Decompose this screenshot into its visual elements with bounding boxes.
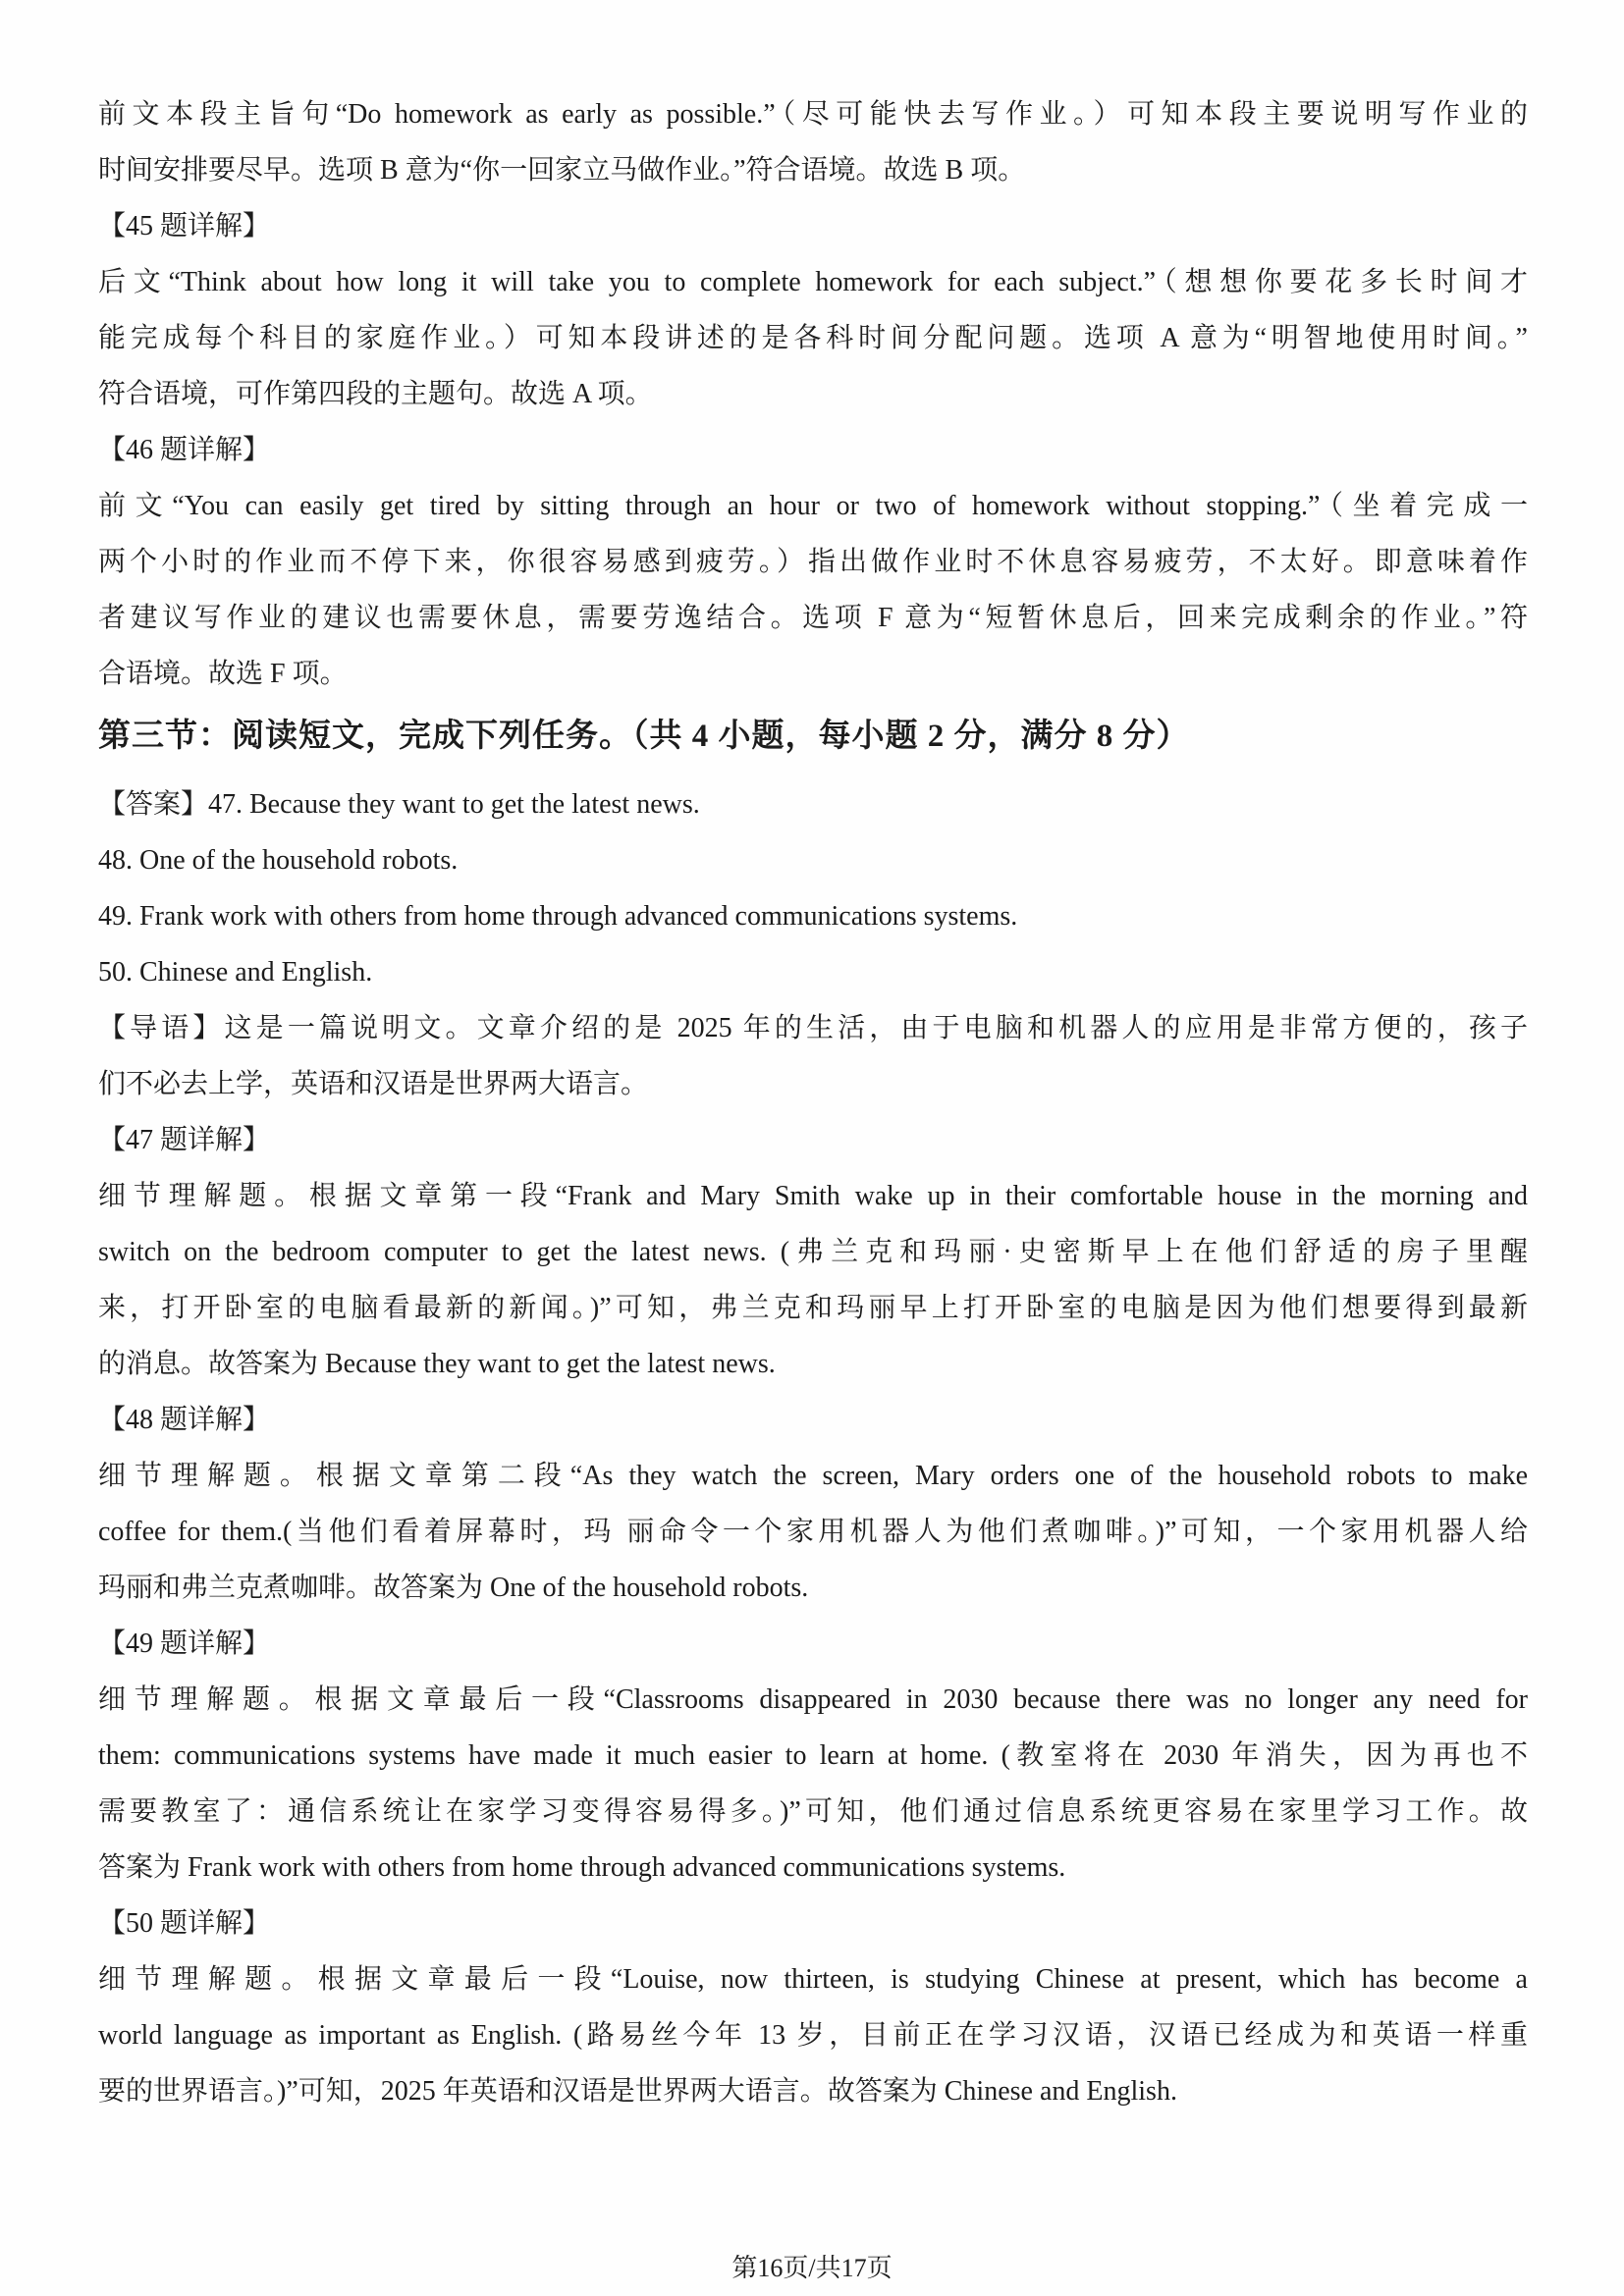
section-heading: 第三节：阅读短文，完成下列任务。（共 4 小题，每小题 2 分，满分 8 分） <box>98 706 1528 767</box>
text-line: coffee for them.(当他们看着屏幕时，玛 丽命令一个家用机器人为他… <box>98 1504 1528 1560</box>
text-line: 者建议写作业的建议也需要休息，需要劳逸结合。选项 F 意为“短暂休息后，回来完成… <box>98 590 1528 646</box>
text-line: 两个小时的作业而不停下来，你很容易感到疲劳。）指出做作业时不休息容易疲劳，不太好… <box>98 534 1528 590</box>
text-line: 需要教室了：通信系统让在家学习变得容易得多。)”可知，他们通过信息系统更容易在家… <box>98 1784 1528 1840</box>
text-line: them: communications systems have made i… <box>98 1728 1528 1784</box>
text-line: 49. Frank work with others from home thr… <box>98 888 1528 944</box>
text-line: 【47 题详解】 <box>98 1112 1528 1168</box>
text-line: 细节理解题。根据文章第一段“Frank and Mary Smith wake … <box>98 1168 1528 1224</box>
text-line: 【导语】这是一篇说明文。文章介绍的是 2025 年的生活，由于电脑和机器人的应用… <box>98 1000 1528 1056</box>
text-line: 们不必去上学，英语和汉语是世界两大语言。 <box>98 1056 1528 1112</box>
text-line: 【48 题详解】 <box>98 1392 1528 1448</box>
text-line: 的消息。故答案为 Because they want to get the la… <box>98 1336 1528 1392</box>
text-line: 前文“You can easily get tired by sitting t… <box>98 478 1528 534</box>
text-line: 时间安排要尽早。选项 B 意为“你一回家立马做作业。”符合语境。故选 B 项。 <box>98 142 1528 198</box>
text-line: 能完成每个科目的家庭作业。）可知本段讲述的是各科时间分配问题。选项 A 意为“明… <box>98 310 1528 366</box>
page-number: 第16页/共17页 <box>0 2248 1624 2284</box>
text-line: 【46 题详解】 <box>98 422 1528 478</box>
text-line: 细节理解题。根据文章最后一段“Classrooms disappeared in… <box>98 1672 1528 1728</box>
text-line: 【50 题详解】 <box>98 1896 1528 1951</box>
text-line: 50. Chinese and English. <box>98 944 1528 1000</box>
text-line: 前文本段主旨句“Do homework as early as possible… <box>98 86 1528 142</box>
text-line: 【45 题详解】 <box>98 198 1528 254</box>
text-line: 【49 题详解】 <box>98 1616 1528 1672</box>
text-line: world language as important as English. … <box>98 2007 1528 2063</box>
text-line: 要的世界语言。)”可知，2025 年英语和汉语是世界两大语言。故答案为 Chin… <box>98 2063 1528 2119</box>
text-line: switch on the bedroom computer to get th… <box>98 1224 1528 1280</box>
text-line: 来，打开卧室的电脑看最新的新闻。)”可知，弗兰克和玛丽早上打开卧室的电脑是因为他… <box>98 1280 1528 1336</box>
document-page: 前文本段主旨句“Do homework as early as possible… <box>0 0 1624 2296</box>
text-line: 后文“Think about how long it will take you… <box>98 254 1528 310</box>
text-line: 48. One of the household robots. <box>98 832 1528 888</box>
text-line: 合语境。故选 F 项。 <box>98 646 1528 702</box>
text-line: 符合语境，可作第四段的主题句。故选 A 项。 <box>98 366 1528 422</box>
text-line: 细节理解题。根据文章最后一段“Louise, now thirteen, is … <box>98 1951 1528 2007</box>
text-line: 答案为 Frank work with others from home thr… <box>98 1840 1528 1896</box>
text-line: 【答案】47. Because they want to get the lat… <box>98 776 1528 832</box>
text-line: 细节理解题。根据文章第二段“As they watch the screen, … <box>98 1448 1528 1504</box>
document-content: 前文本段主旨句“Do homework as early as possible… <box>98 86 1528 2119</box>
text-line: 玛丽和弗兰克煮咖啡。故答案为 One of the household robo… <box>98 1560 1528 1616</box>
